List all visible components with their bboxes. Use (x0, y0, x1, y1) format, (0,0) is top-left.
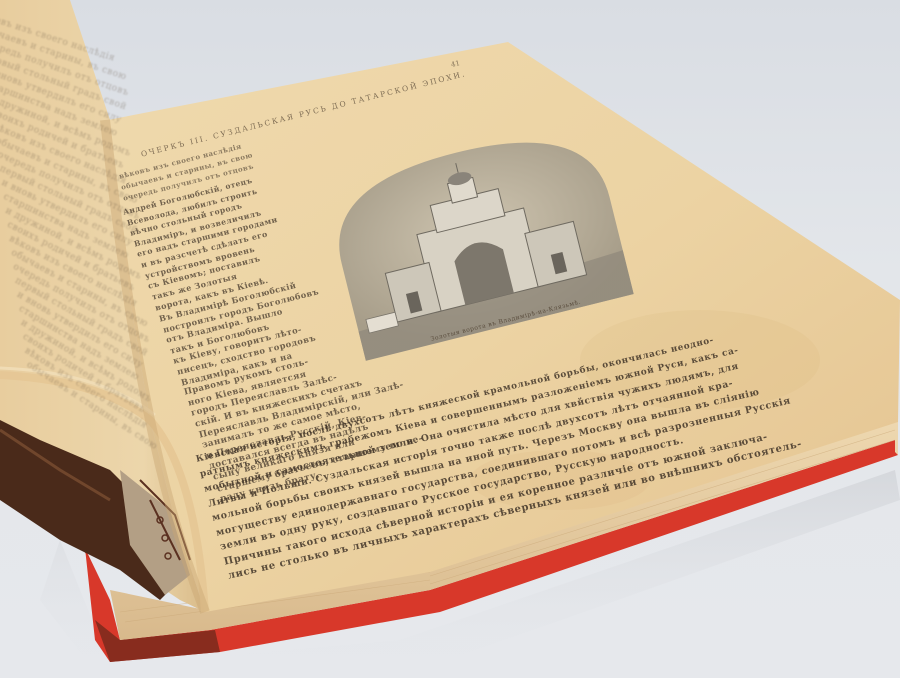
book-photo-scene: ОЧЕРКЪ III. СУЗДАЛЬСКАЯ РУСЬ ДО ТАТАРСКО… (0, 0, 900, 678)
